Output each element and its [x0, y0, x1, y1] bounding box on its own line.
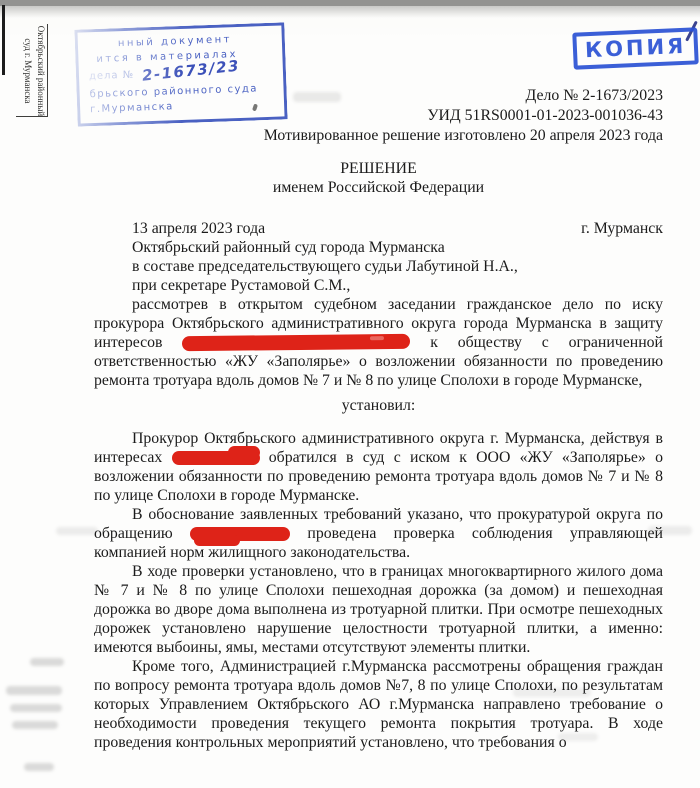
secretary-line: при секретаре Рустамовой С.М., — [94, 276, 663, 295]
header-block: Дело № 2-1673/2023 УИД 51RS0001-01-2023-… — [94, 86, 663, 146]
file-stamp-case-prefix: дела № — [89, 70, 135, 83]
case-number-line: Дело № 2-1673/2023 — [94, 86, 663, 106]
motivated-decision-line: Мотивированное решение изготовлено 20 ап… — [94, 126, 663, 146]
bleed-through-artifact — [24, 763, 54, 771]
bleed-through-artifact — [10, 704, 62, 712]
bleed-through-artifact — [30, 658, 64, 666]
decision-date: 13 апреля 2023 года — [132, 219, 265, 238]
bleed-through-artifact — [6, 686, 62, 695]
paragraph-3: В ходе проверки установлено, что в грани… — [94, 562, 663, 657]
spine-line-2: суд г. Мурманска — [21, 25, 34, 117]
decision-title-line-2: именем Российской Федерации — [94, 178, 663, 197]
court-name-line: Октябрьский районный суд города Мурманск… — [94, 238, 663, 257]
copy-stamp-label: КОПИЯ — [585, 34, 687, 62]
court-composition-block: Октябрьский районный суд города Мурманск… — [94, 238, 663, 295]
bleed-through-artifact — [12, 721, 58, 729]
decision-place: г. Мурманск — [581, 219, 663, 238]
paragraph-2-text-2: проведена проверка соблюдения управляюще… — [94, 525, 663, 561]
paragraph-2: В обоснование заявленных требований указ… — [94, 505, 663, 562]
bleed-through-artifact — [56, 527, 98, 535]
redaction-mark-1 — [182, 334, 410, 351]
presiding-judge-line: в составе председательствующего судьи Ла… — [94, 257, 663, 276]
scan-edge-fade — [0, 6, 700, 18]
redaction-mark-3 — [190, 527, 290, 541]
document-body: Дело № 2-1673/2023 УИД 51RS0001-01-2023-… — [94, 86, 663, 752]
copy-stamp: КОПИЯ — [572, 27, 699, 69]
redaction-mark-2 — [172, 451, 260, 465]
decision-title-line-1: РЕШЕНИЕ — [94, 159, 663, 178]
scanned-court-decision-page: Октябрьский районный суд г. Мурманска нн… — [0, 0, 700, 788]
dateline: 13 апреля 2023 года г. Мурманск — [94, 219, 663, 238]
decision-title: РЕШЕНИЕ именем Российской Федерации — [94, 159, 663, 197]
intro-paragraph: рассмотрев в открытом судебном заседании… — [94, 295, 663, 390]
paragraph-1: Прокурор Октябрьского административного … — [94, 429, 663, 505]
ruled-word: установил: — [94, 396, 663, 415]
scan-edge-line — [2, 5, 5, 75]
spine-line-1: Октябрьский районный — [34, 25, 47, 117]
case-file-spine: Октябрьский районный суд г. Мурманска — [16, 24, 48, 117]
spine-court-name: Октябрьский районный суд г. Мурманска — [17, 25, 47, 117]
uid-line: УИД 51RS0001-01-2023-001036-43 — [94, 106, 663, 126]
paragraph-4: Кроме того, Администрацией г.Мурманска р… — [94, 657, 663, 752]
